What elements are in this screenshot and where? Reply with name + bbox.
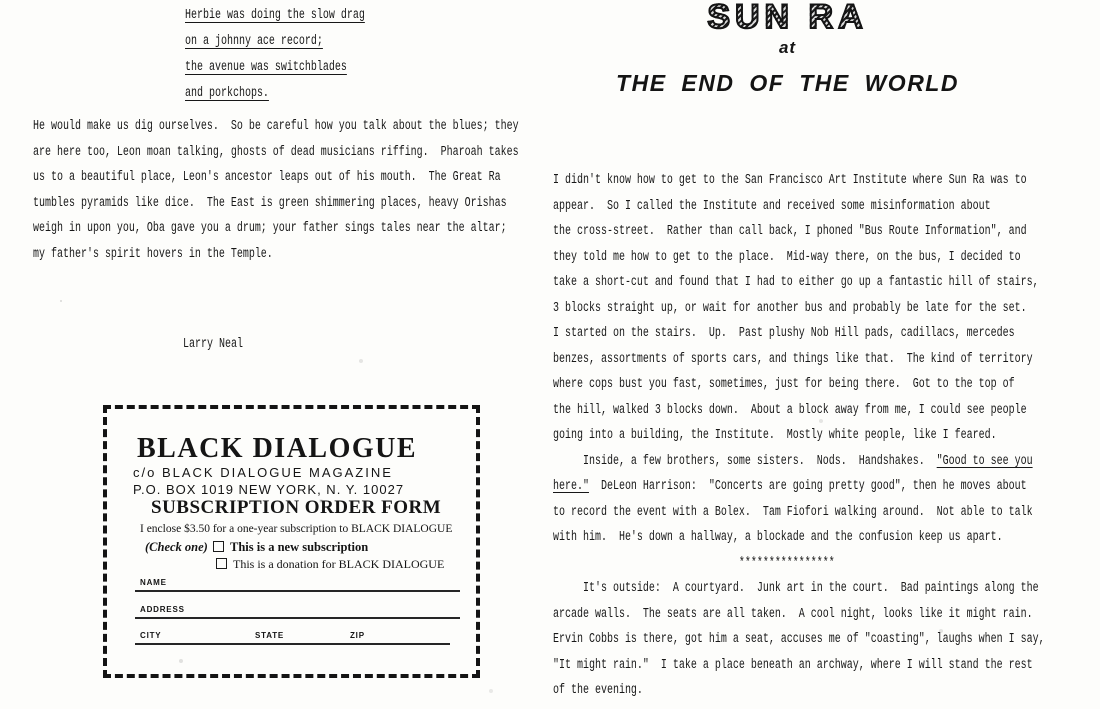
text-line: they told me how to get to the place. Mi… <box>553 245 923 271</box>
text-line: appear. So I called the Institute and re… <box>553 194 923 220</box>
name-field-label: NAME <box>140 578 167 587</box>
text-line: are here too, Leon moan talking, ghosts … <box>33 140 407 166</box>
text-line: It's outside: A courtyard. Junk art in t… <box>553 576 923 602</box>
name-field-line <box>135 590 460 592</box>
essay-paragraph: He would make us dig ourselves. So be ca… <box>33 114 538 267</box>
scan-noise <box>60 300 62 302</box>
city-field-label: CITY <box>140 631 161 640</box>
text-line: Herbie was doing the slow drag <box>185 3 365 29</box>
checkbox-new-subscription-icon <box>213 541 224 552</box>
text-line: I started on the stairs. Up. Past plushy… <box>553 321 923 347</box>
author-byline: Larry Neal <box>183 332 243 358</box>
city-state-zip-field-line <box>135 643 450 645</box>
text-line: He would make us dig ourselves. So be ca… <box>33 114 407 140</box>
form-title: SUBSCRIPTION ORDER FORM <box>151 497 441 519</box>
text-line: Inside, a few brothers, some sisters. No… <box>553 449 923 475</box>
headline-sun-ra: SUN RA <box>555 2 1020 32</box>
text-line: Ervin Cobbs is there, got him a seat, ac… <box>553 627 923 653</box>
text-line: and porkchops. <box>185 81 365 107</box>
text-line: I didn't know how to get to the San Fran… <box>553 168 923 194</box>
poem-epigraph: Herbie was doing the slow dragon a johnn… <box>185 3 428 107</box>
text-line: where cops bust you fast, sometimes, jus… <box>553 372 923 398</box>
text-line: my father's spirit hovers in the Temple. <box>33 242 407 268</box>
text-line: of the evening. <box>553 678 923 704</box>
address-field-label: ADDRESS <box>140 605 185 614</box>
form-address-line: P.O. BOX 1019 NEW YORK, N. Y. 10027 <box>133 482 404 497</box>
text-line: going into a building, the Institute. Mo… <box>553 423 923 449</box>
address-field-line <box>135 617 460 619</box>
text-line: with him. He's down a hallway, a blockad… <box>553 525 923 551</box>
check-one-label: (Check one) <box>145 540 208 555</box>
zip-field-label: ZIP <box>350 631 365 640</box>
option-donation-label: This is a donation for BLACK DIALOGUE <box>233 557 444 572</box>
text-line: the avenue was switchblades <box>185 55 365 81</box>
text-line: the hill, walked 3 blocks down. About a … <box>553 398 923 424</box>
text-line: the cross-street. Rather than call back,… <box>553 219 923 245</box>
text-line: "It might rain." I take a place beneath … <box>553 653 923 679</box>
text-line: on a johnny ace record; <box>185 29 365 55</box>
option-new-subscription-label: This is a new subscription <box>230 540 368 555</box>
state-field-label: STATE <box>255 631 284 640</box>
text-line: here." DeLeon Harrison: "Concerts are go… <box>553 474 923 500</box>
text-line: **************** <box>553 551 923 577</box>
text-line: weigh in upon you, Oba gave you a drum; … <box>33 216 407 242</box>
text-line: tumbles pyramids like dice. The East is … <box>33 191 407 217</box>
form-enclose-line: I enclose $3.50 for a one-year subscript… <box>140 523 452 535</box>
text-line: benzes, assortments of sports cars, and … <box>553 347 923 373</box>
text-line: 3 blocks straight up, or wait for anothe… <box>553 296 923 322</box>
text-line: to record the event with a Bolex. Tam Fi… <box>553 500 923 526</box>
form-care-of-line: c/o BLACK DIALOGUE MAGAZINE <box>133 465 393 480</box>
article-body: I didn't know how to get to the San Fran… <box>553 168 1053 704</box>
subscription-order-form: BLACK DIALOGUE c/o BLACK DIALOGUE MAGAZI… <box>103 405 480 678</box>
headline-at: at <box>555 39 1020 57</box>
form-magazine-title: BLACK DIALOGUE <box>137 433 417 465</box>
text-line: take a short-cut and found that I had to… <box>553 270 923 296</box>
scanned-spread: Herbie was doing the slow dragon a johnn… <box>0 0 1100 709</box>
text-line: arcade walls. The seats are all taken. A… <box>553 602 923 628</box>
checkbox-donation-icon <box>216 558 227 569</box>
article-headline: SUN RA at THE END OF THE WORLD <box>555 0 1020 96</box>
text-line: us to a beautiful place, Leon's ancestor… <box>33 165 407 191</box>
headline-end-of-the-world: THE END OF THE WORLD <box>555 70 1020 96</box>
